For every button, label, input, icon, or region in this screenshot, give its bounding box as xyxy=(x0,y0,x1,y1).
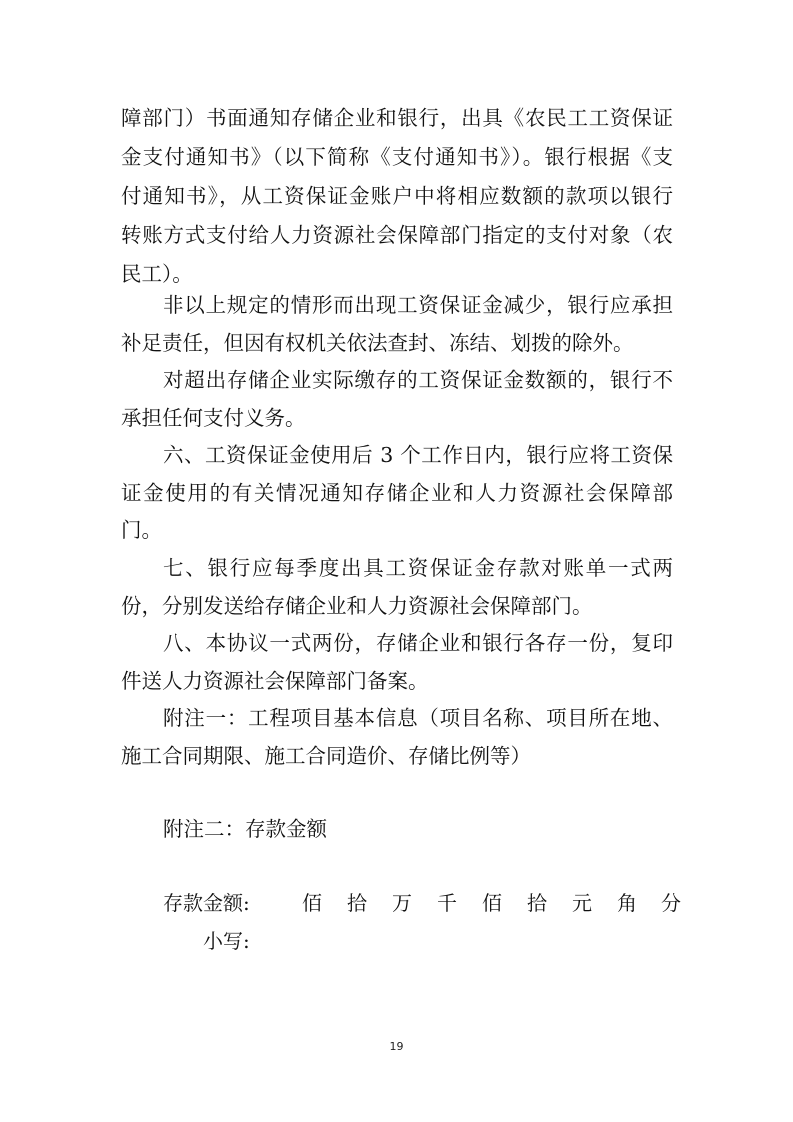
paragraph-line: 证金使用的有关情况通知存储企业和人力资源社会保障部 xyxy=(121,481,673,505)
paragraph-line: 承担任何支付义务。 xyxy=(121,406,673,430)
paragraph-line: 障部门）书面通知存储企业和银行，出具《农民工工资保证 xyxy=(121,106,673,130)
amount-unit: 元 xyxy=(571,891,593,915)
paragraph-line: 六、工资保证金使用后 3 个工作日内，银行应将工资保 xyxy=(163,443,673,467)
paragraph-line: 八、本协议一式两份，存储企业和银行各存一份，复印 xyxy=(163,631,673,655)
amount-row: 存款金额: 佰 拾 万 千 佰 拾 元 角 分 xyxy=(163,891,673,917)
paragraph-line: 金支付通知书》（以下简称《支付通知书》）。银行根据《支 xyxy=(121,145,673,169)
amount-unit: 角 xyxy=(616,891,638,915)
paragraph-line: 门。 xyxy=(121,518,673,542)
amount-unit: 千 xyxy=(436,891,458,915)
amount-label: 存款金额: xyxy=(163,891,250,915)
paragraph-line: 付通知书》，从工资保证金账户中将相应数额的款项以银行 xyxy=(121,184,673,208)
amount-unit: 万 xyxy=(391,891,413,915)
paragraph-line: 附注一：工程项目基本信息（项目名称、项目所在地、 xyxy=(163,706,673,730)
paragraph-line: 转账方式支付给人力资源社会保障部门指定的支付对象（农 xyxy=(121,223,673,247)
paragraph-line: 份，分别发送给存储企业和人力资源社会保障部门。 xyxy=(121,594,673,618)
lowercase-amount-label: 小写: xyxy=(203,929,250,953)
paragraph-line: 对超出存储企业实际缴存的工资保证金数额的，银行不 xyxy=(163,368,673,392)
paragraph-line: 非以上规定的情形而出现工资保证金减少，银行应承担 xyxy=(163,293,673,317)
paragraph-line: 民工）。 xyxy=(121,262,673,286)
paragraph-line: 施工合同期限、施工合同造价、存储比例等） xyxy=(121,744,673,768)
paragraph-line: 件送人力资源社会保障部门备案。 xyxy=(121,669,673,693)
paragraph-line: 七、银行应每季度出具工资保证金存款对账单一式两 xyxy=(163,556,673,580)
amount-unit: 佰 xyxy=(301,891,323,915)
amount-unit: 拾 xyxy=(346,891,368,915)
document-page: 障部门）书面通知存储企业和银行，出具《农民工工资保证 金支付通知书》（以下简称《… xyxy=(0,0,793,1122)
amount-unit: 佰 xyxy=(481,891,503,915)
appendix-two-heading: 附注二：存款金额 xyxy=(163,817,673,841)
page-number: 19 xyxy=(0,1040,793,1053)
amount-unit: 拾 xyxy=(526,891,548,915)
paragraph-line: 补足责任，但因有权机关依法查封、冻结、划拨的除外。 xyxy=(121,331,673,355)
amount-unit: 分 xyxy=(660,891,682,915)
